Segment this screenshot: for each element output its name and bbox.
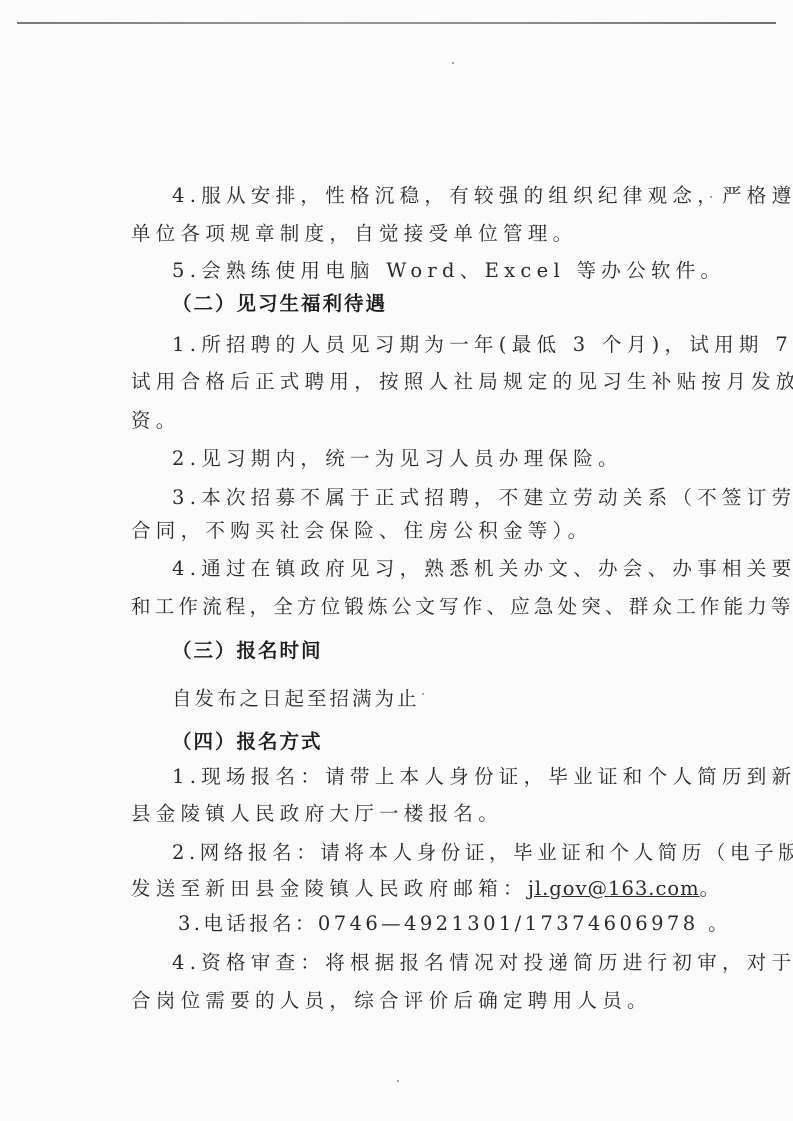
method-item-2-suffix: 。 bbox=[700, 877, 725, 900]
benefit-item-4-line1: 4.通过在镇政府见习，熟悉机关办文、办会、办事相关要求 bbox=[172, 557, 793, 581]
method-item-1-line2: 县金陵镇人民政府大厅一楼报名。 bbox=[131, 802, 503, 826]
benefit-item-1-line1: 1.所招聘的人员见习期为一年(最低 3 个月)，试用期 7 天， bbox=[172, 333, 793, 357]
method-item-4-line2: 合岗位需要的人员，综合评价后确定聘用人员。 bbox=[131, 989, 652, 1013]
section-heading-registration-method: （四）报名方式 bbox=[172, 730, 323, 754]
method-item-2-line1: 2.网络报名：请将本人身份证，毕业证和个人简历（电子版） bbox=[172, 841, 793, 865]
registration-time-body: 自发布之日起至招满为止 bbox=[172, 687, 420, 711]
email-link[interactable]: jl.gov@163.com bbox=[528, 877, 700, 900]
benefit-item-1-line2: 试用合格后正式聘用，按照人社局规定的见习生补贴按月发放工 bbox=[131, 370, 793, 394]
method-item-2-line2: 发送至新田县金陵镇人民政府邮箱：jl.gov@163.com。 bbox=[131, 877, 724, 901]
header-rule bbox=[17, 22, 776, 24]
benefit-item-4-line2: 和工作流程，全方位锻炼公文写作、应急处突、群众工作能力等。 bbox=[131, 595, 793, 619]
scan-speck bbox=[397, 1080, 399, 1082]
method-item-2-prefix: 发送至新田县金陵镇人民政府邮箱： bbox=[131, 877, 528, 900]
benefit-item-3-line2: 合同，不购买社会保险、住房公积金等）。 bbox=[131, 519, 592, 543]
benefit-item-2: 2.见习期内，统一为见习人员办理保险。 bbox=[172, 447, 623, 471]
method-item-1-line1: 1.现场报名：请带上本人身份证，毕业证和个人简历到新田 bbox=[172, 765, 793, 789]
benefit-item-1-line3: 资。 bbox=[131, 409, 181, 433]
method-item-4-line1: 4.资格审查：将根据报名情况对投递简历进行初审，对于符 bbox=[172, 951, 793, 975]
scan-speck bbox=[710, 196, 712, 198]
qualification-item-5: 5.会熟练使用电脑 Word、Excel 等办公软件。 bbox=[172, 259, 725, 283]
section-heading-benefits: （二）见习生福利待遇 bbox=[172, 292, 387, 316]
scan-speck bbox=[422, 693, 424, 695]
benefit-item-3-line1: 3.本次招募不属于正式招聘，不建立劳动关系（不签订劳动 bbox=[172, 486, 793, 510]
method-item-3-phone: 3.电话报名：0746—4921301/17374606978 。 bbox=[178, 912, 731, 936]
qualification-item-4-line1: 4.服从安排，性格沉稳，有较强的组织纪律观念，严格遵守 bbox=[172, 184, 793, 208]
section-heading-registration-time: （三）报名时间 bbox=[172, 639, 323, 663]
scan-speck bbox=[452, 62, 454, 64]
qualification-item-4-line2: 单位各项规章制度，自觉接受单位管理。 bbox=[131, 222, 577, 246]
